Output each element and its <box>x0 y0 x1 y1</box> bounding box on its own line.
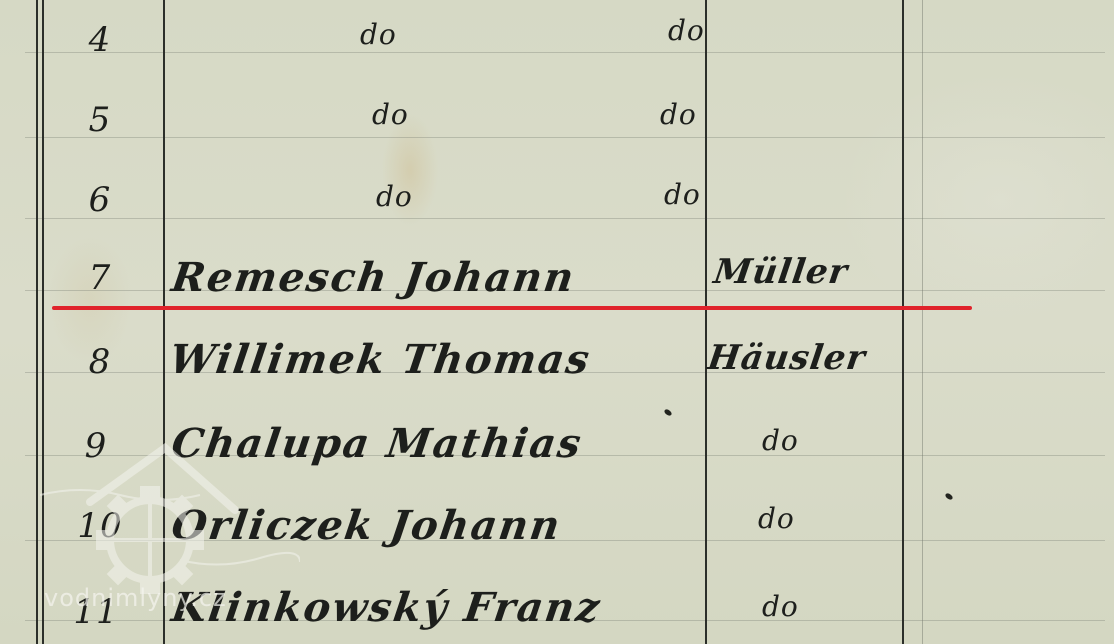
occupation-ditto: do <box>762 424 799 457</box>
name-column-divider <box>705 0 707 644</box>
occupation-ditto: do <box>758 502 795 535</box>
highlight-underline <box>52 306 972 310</box>
ink-speck <box>944 492 953 501</box>
name-ditto: do <box>372 98 409 131</box>
person-name: Willimek Thomas <box>167 336 594 383</box>
faint-column-line <box>922 0 923 644</box>
name-ditto: do <box>376 180 413 213</box>
occupation-ditto: do <box>762 590 799 623</box>
row-number: 8 <box>60 342 140 382</box>
occupation: Häusler <box>705 338 868 378</box>
name-ditto: do <box>360 18 397 51</box>
ruled-line <box>25 137 1105 138</box>
occupation-ditto: do <box>668 14 705 47</box>
occupation-ditto: do <box>664 178 701 211</box>
row-number: 4 <box>60 20 140 60</box>
occupation-ditto: do <box>660 98 697 131</box>
occupation-column-divider <box>902 0 904 644</box>
ink-speck <box>663 408 672 417</box>
row-number: 6 <box>60 180 140 220</box>
occupation: Müller <box>711 252 850 292</box>
ruled-line <box>25 218 1105 219</box>
ruled-line <box>25 52 1105 53</box>
row-number: 7 <box>60 258 140 298</box>
person-name: Remesch Johann <box>169 254 579 301</box>
margin-line-outer <box>36 0 38 644</box>
watermark-logo-icon <box>40 440 300 644</box>
row-number: 5 <box>60 100 140 140</box>
register-page: 4 do do 5 do do 6 do do 7 Remesch Johann… <box>0 0 1114 644</box>
watermark-text: vodnimlyny.cz <box>44 584 227 612</box>
